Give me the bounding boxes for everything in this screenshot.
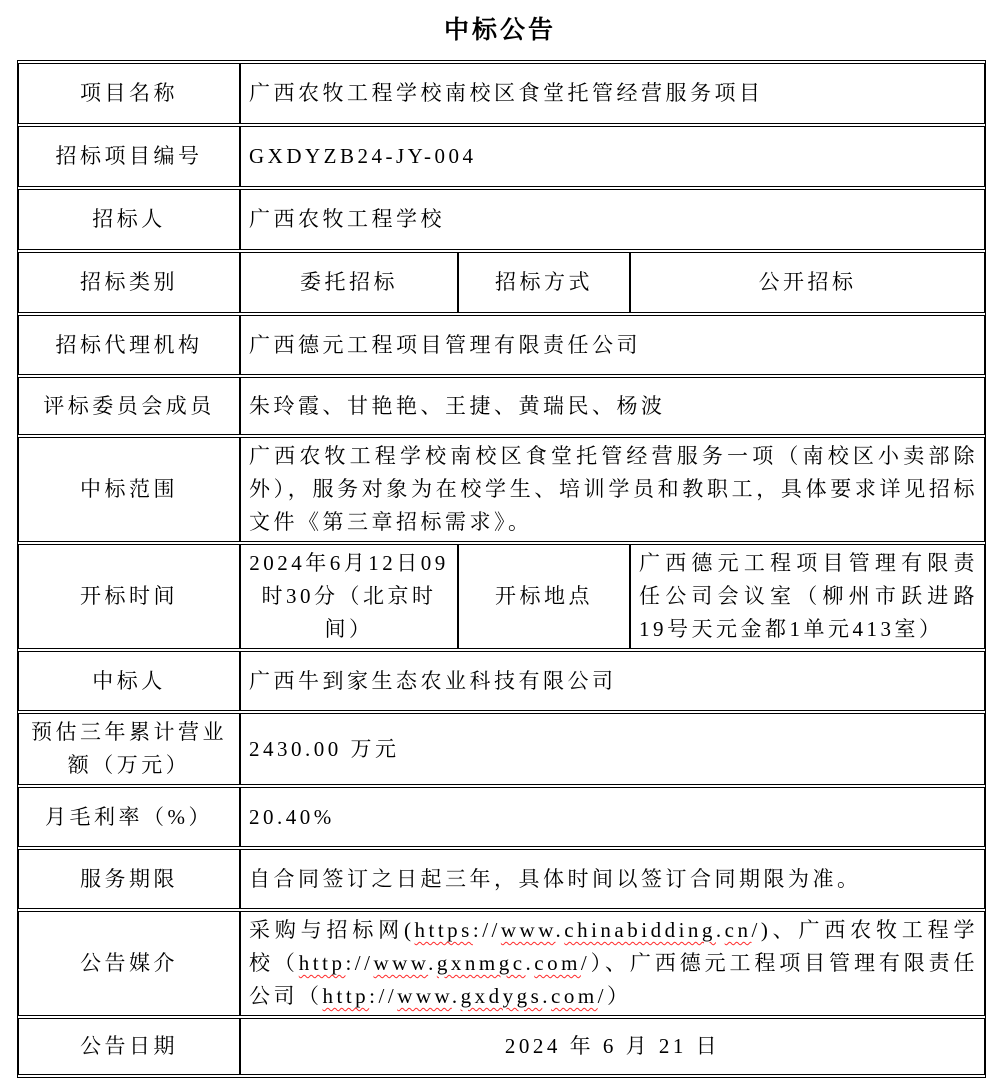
estimated-revenue-label: 预估三年累计营业额（万元） (18, 713, 240, 785)
tender-agency-value: 广西德元工程项目管理有限责任公司 (240, 315, 985, 375)
project-name-label: 项目名称 (18, 63, 240, 124)
evaluation-committee-label: 评标委员会成员 (18, 377, 240, 435)
table-row: 招标类别委托招标招标方式公开招标 (18, 252, 985, 313)
table-row: 公告日期2024 年 6 月 21 日 (18, 1018, 985, 1075)
plain-text: :// (369, 984, 397, 1008)
spellcheck-wavy-text: www (397, 984, 452, 1008)
announcement-document: 中标公告 项目名称广西农牧工程学校南校区食堂托管经营服务项目招标项目编号GXDY… (0, 0, 1000, 1078)
spellcheck-wavy-text: gxdygs (461, 984, 543, 1008)
tender-category-value: 委托招标 (240, 252, 458, 313)
bid-opening-time-value: 2024年6月12日09时30分（北京时间） (240, 544, 458, 649)
tender-category-label: 招标类别 (18, 252, 240, 313)
spellcheck-wavy-text: gxnmgc (437, 951, 526, 975)
award-scope-value: 广西农牧工程学校南校区食堂托管经营服务一项（南校区小卖部除外），服务对象为在校学… (240, 437, 985, 542)
evaluation-committee-value: 朱玲霞、甘艳艳、王捷、黄瑞民、杨波 (240, 377, 985, 435)
table-row: 招标代理机构广西德元工程项目管理有限责任公司 (18, 315, 985, 375)
plain-text: . (716, 918, 725, 942)
tender-method-label: 招标方式 (458, 252, 630, 313)
bid-opening-place-value: 广西德元工程项目管理有限责任公司会议室（柳州市跃进路19号天元金都1单元413室… (630, 544, 985, 649)
service-period-value: 自合同签订之日起三年，具体时间以签订合同期限为准。 (240, 849, 985, 909)
table-row: 招标项目编号GXDYZB24-JY-004 (18, 126, 985, 187)
tender-method-value: 公开招标 (630, 252, 985, 313)
announcement-table: 项目名称广西农牧工程学校南校区食堂托管经营服务项目招标项目编号GXDYZB24-… (17, 60, 986, 1078)
plain-text: /） (598, 984, 632, 1008)
tenderer-label: 招标人 (18, 189, 240, 250)
table-row: 开标时间2024年6月12日09时30分（北京时间）开标地点广西德元工程项目管理… (18, 544, 985, 649)
announcement-media-value: 采购与招标网(https://www.chinabidding.cn/)、广西农… (240, 911, 985, 1016)
bid-opening-time-label: 开标时间 (18, 544, 240, 649)
spellcheck-wavy-text: chinabidding (564, 918, 716, 942)
table-row: 服务期限自合同签订之日起三年，具体时间以签订合同期限为准。 (18, 849, 985, 909)
spellcheck-wavy-text: com (534, 951, 581, 975)
bid-opening-place-label: 开标地点 (458, 544, 630, 649)
tender-project-number-label: 招标项目编号 (18, 126, 240, 187)
winning-bidder-value: 广西牛到家生态农业科技有限公司 (240, 651, 985, 711)
announcement-date-label: 公告日期 (18, 1018, 240, 1075)
page-title: 中标公告 (0, 0, 1000, 60)
spellcheck-wavy-text: http (299, 951, 346, 975)
table-row: 招标人广西农牧工程学校 (18, 189, 985, 250)
announcement-date-value: 2024 年 6 月 21 日 (240, 1018, 985, 1075)
gross-margin-label: 月毛利率（%） (18, 787, 240, 847)
table-row: 预估三年累计营业额（万元）2430.00 万元 (18, 713, 985, 785)
spellcheck-wavy-text: www (501, 918, 556, 942)
spellcheck-wavy-text: www (373, 951, 428, 975)
table-row: 评标委员会成员朱玲霞、甘艳艳、王捷、黄瑞民、杨波 (18, 377, 985, 435)
spellcheck-wavy-text: https (415, 918, 473, 942)
gross-margin-value: 20.40% (240, 787, 985, 847)
table-body: 项目名称广西农牧工程学校南校区食堂托管经营服务项目招标项目编号GXDYZB24-… (18, 63, 985, 1075)
table-row: 项目名称广西农牧工程学校南校区食堂托管经营服务项目 (18, 63, 985, 124)
plain-text: . (428, 951, 437, 975)
table-row: 月毛利率（%）20.40% (18, 787, 985, 847)
table-row: 中标人广西牛到家生态农业科技有限公司 (18, 651, 985, 711)
plain-text: . (542, 984, 551, 1008)
plain-text: :// (473, 918, 501, 942)
estimated-revenue-value: 2430.00 万元 (240, 713, 985, 785)
plain-text: :// (345, 951, 373, 975)
winning-bidder-label: 中标人 (18, 651, 240, 711)
plain-text: . (526, 951, 535, 975)
tender-project-number-value: GXDYZB24-JY-004 (240, 126, 985, 187)
project-name-value: 广西农牧工程学校南校区食堂托管经营服务项目 (240, 63, 985, 124)
plain-text: 采购与招标网( (249, 918, 415, 942)
table-row: 公告媒介采购与招标网(https://www.chinabidding.cn/)… (18, 911, 985, 1016)
tender-agency-label: 招标代理机构 (18, 315, 240, 375)
spellcheck-wavy-text: http (323, 984, 370, 1008)
service-period-label: 服务期限 (18, 849, 240, 909)
plain-text: . (556, 918, 565, 942)
spellcheck-wavy-text: cn (725, 918, 752, 942)
table-row: 中标范围广西农牧工程学校南校区食堂托管经营服务一项（南校区小卖部除外），服务对象… (18, 437, 985, 542)
plain-text: . (452, 984, 461, 1008)
spellcheck-wavy-text: com (551, 984, 598, 1008)
tenderer-value: 广西农牧工程学校 (240, 189, 985, 250)
award-scope-label: 中标范围 (18, 437, 240, 542)
announcement-media-label: 公告媒介 (18, 911, 240, 1016)
